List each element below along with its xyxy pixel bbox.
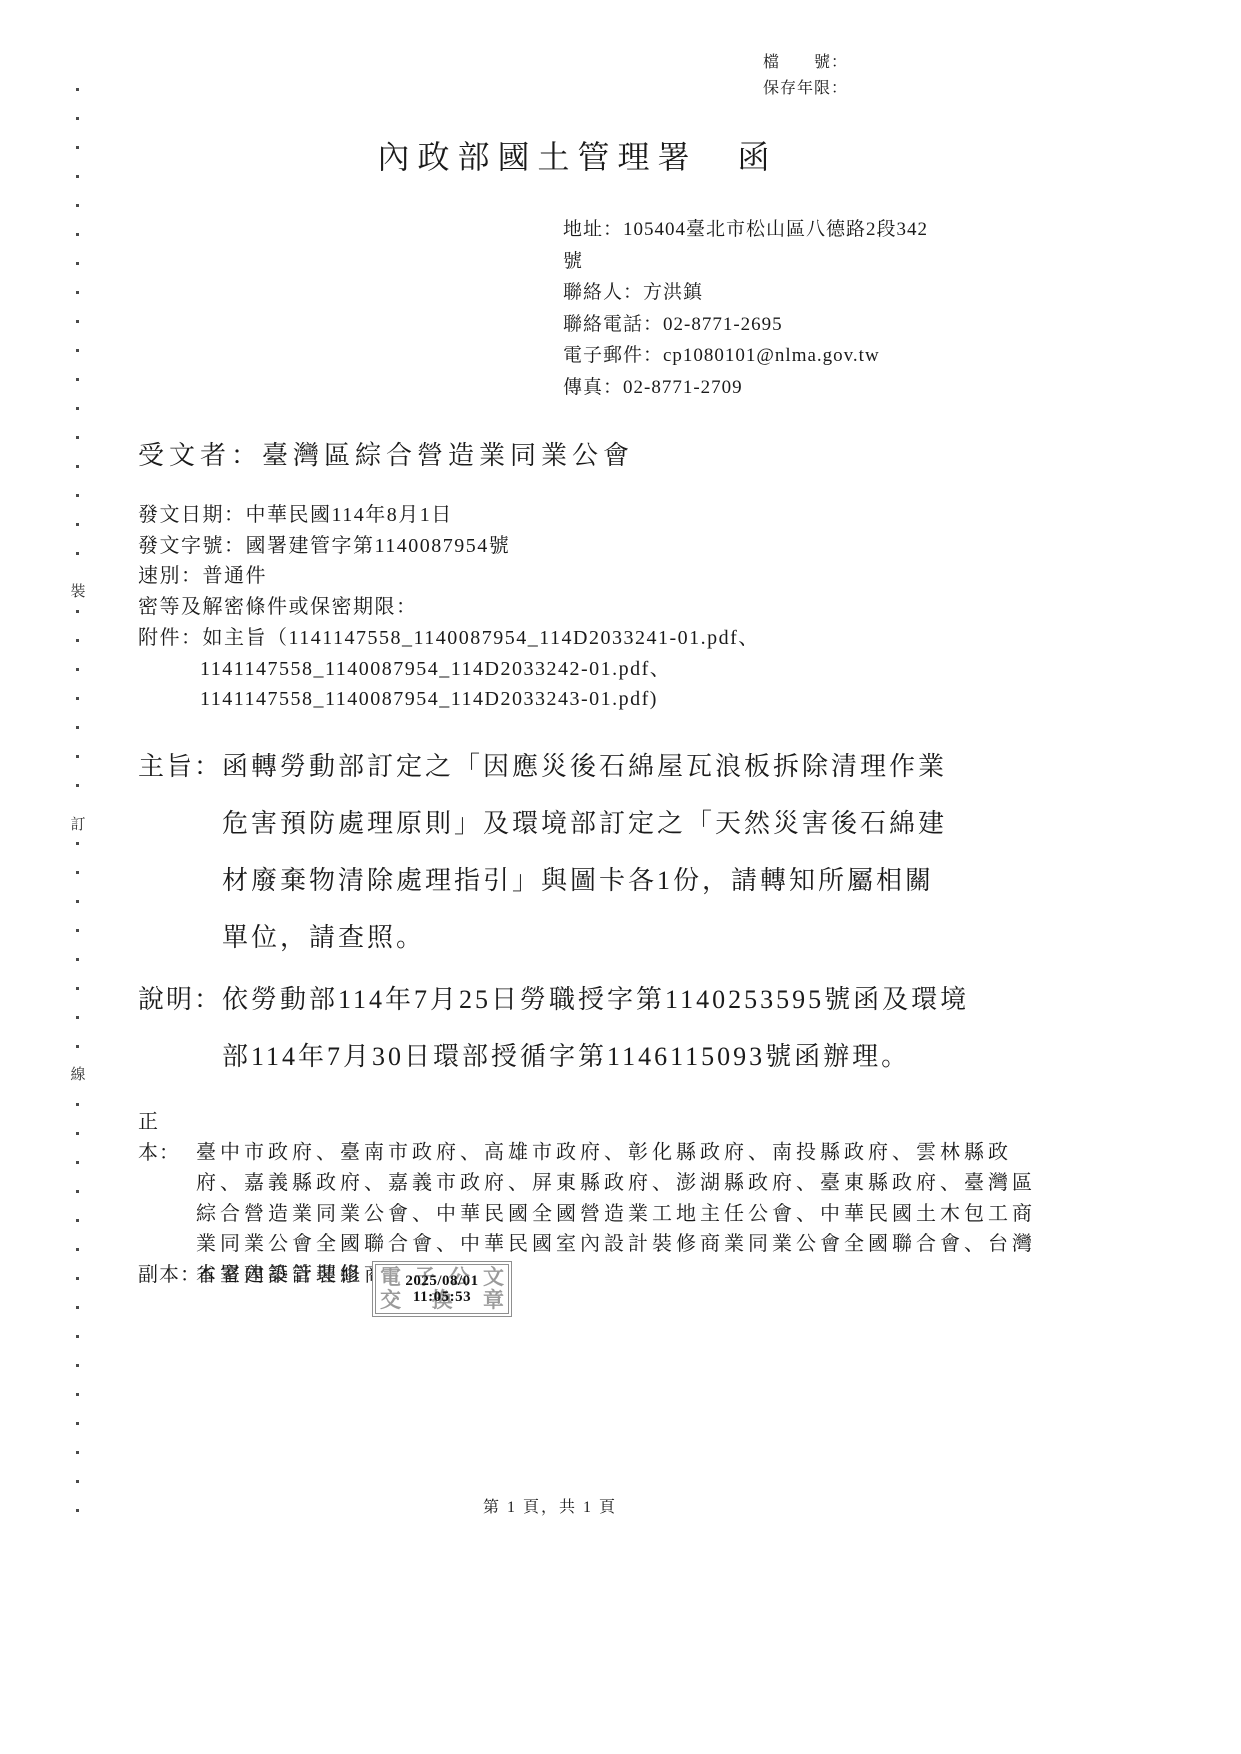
original-copy-line-2: 府、嘉義縣政府、嘉義市政府、屏東縣政府、澎湖縣政府、臺東縣政府、臺灣區	[196, 1168, 1036, 1199]
sender-address-line1: 地址：105404臺北市松山區八德路2段342	[563, 214, 928, 246]
subject-line-4: 單位，請查照。	[222, 909, 947, 966]
subject-line-3: 材廢棄物清除處理指引」與圖卡各1份，請轉知所屬相關	[222, 852, 947, 909]
explanation-section: 說明：依勞動部114年7月25日勞職授字第1140253595號函及環境 部11…	[138, 971, 969, 1085]
file-number-label: 檔 號：	[763, 50, 848, 76]
explanation-text-1: 依勞動部114年7月25日勞職授字第1140253595號函及環境	[222, 985, 969, 1014]
subject-label: 主旨：	[138, 738, 222, 795]
binding-mark-xian: 線	[68, 1063, 88, 1087]
sender-email: 電子郵件：cp1080101@nlma.gov.tw	[563, 340, 928, 372]
document-title: 內政部國土管理署 函	[0, 132, 1155, 178]
explanation-label: 說明：	[138, 971, 222, 1028]
binding-mark-ding: 訂	[68, 813, 88, 837]
original-copy-line-1: 正本：臺中市政府、臺南市政府、高雄市政府、彰化縣政府、南投縣政府、雲林縣政	[138, 1107, 1036, 1168]
original-copy-text-1: 臺中市政府、臺南市政府、高雄市政府、彰化縣政府、南投縣政府、雲林縣政	[196, 1142, 1012, 1164]
security-class-line: 密等及解密條件或保密期限：	[138, 592, 760, 623]
attachment-line-1: 附件：如主旨（1141147558_1140087954_114D2033241…	[138, 623, 760, 654]
explanation-line-2: 部114年7月30日環部授循字第1146115093號函辦理。	[222, 1028, 969, 1085]
carbon-copy-line: 副本：本署建築管理組	[138, 1262, 364, 1288]
recipient-line: 受文者：臺灣區綜合營造業同業公會	[138, 435, 634, 472]
original-copy-line-4: 業同業公會全國聯合會、中華民國室內設計裝修商業同業公會全國聯合會、台灣	[196, 1229, 1036, 1260]
sender-contact-person: 聯絡人：方洪鎮	[563, 277, 928, 309]
carbon-copy-value: 本署建築管理組	[196, 1264, 364, 1286]
file-header-block: 檔 號： 保存年限：	[763, 50, 848, 102]
subject-section: 主旨：函轉勞動部訂定之「因應災後石綿屋瓦浪板拆除清理作業 危害預防處理原則」及環…	[138, 738, 947, 966]
sender-address-line2: 號	[563, 246, 928, 278]
attachment-line-2: 1141147558_1140087954_114D2033242-01.pdf…	[200, 654, 760, 685]
stamp-date: 2025/08/01	[405, 1274, 478, 1289]
subject-text-1: 函轉勞動部訂定之「因應災後石綿屋瓦浪板拆除清理作業	[222, 752, 947, 781]
doc-number-line: 發文字號：國署建管字第1140087954號	[138, 531, 760, 562]
official-letter-page: 檔 號： 保存年限： 內政部國土管理署 函 地址：105404臺北市松山區八德路…	[0, 0, 1241, 1754]
stamp-time: 11:05:53	[413, 1290, 471, 1305]
subject-line-2: 危害預防處理原則」及環境部訂定之「天然災害後石綿建	[222, 795, 947, 852]
page-number-footer: 第 1 頁，共 1 頁	[0, 1494, 1100, 1517]
binding-mark-zhuang: 裝	[68, 580, 88, 604]
original-copy-line-3: 綜合營造業同業公會、中華民國全國營造業工地主任公會、中華民國土木包工商	[196, 1199, 1036, 1230]
issue-date-line: 發文日期：中華民國114年8月1日	[138, 500, 760, 531]
sender-contact-block: 地址：105404臺北市松山區八德路2段342 號 聯絡人：方洪鎮 聯絡電話：0…	[563, 214, 928, 403]
sender-fax: 傳真：02-8771-2709	[563, 372, 928, 404]
original-copy-label: 正本：	[138, 1107, 196, 1168]
recipient-label: 受文者：	[138, 441, 262, 470]
retention-period-label: 保存年限：	[763, 76, 848, 102]
stamp-datetime: 2025/08/01 11:05:53	[376, 1265, 508, 1313]
speed-class-line: 速別：普通件	[138, 561, 760, 592]
recipient-value: 臺灣區綜合營造業同業公會	[262, 441, 634, 470]
subject-line-1: 主旨：函轉勞動部訂定之「因應災後石綿屋瓦浪板拆除清理作業	[138, 738, 947, 795]
carbon-copy-label: 副本：	[138, 1262, 196, 1288]
electronic-exchange-stamp: 電 子 公 文 交 換 章 2025/08/01 11:05:53	[372, 1261, 512, 1317]
attachment-line-3: 1141147558_1140087954_114D2033243-01.pdf…	[200, 684, 760, 715]
binding-dotted-line	[76, 88, 79, 1512]
explanation-line-1: 說明：依勞動部114年7月25日勞職授字第1140253595號函及環境	[138, 971, 969, 1028]
doc-meta-block: 發文日期：中華民國114年8月1日 發文字號：國署建管字第1140087954號…	[138, 500, 760, 715]
sender-phone: 聯絡電話：02-8771-2695	[563, 309, 928, 341]
